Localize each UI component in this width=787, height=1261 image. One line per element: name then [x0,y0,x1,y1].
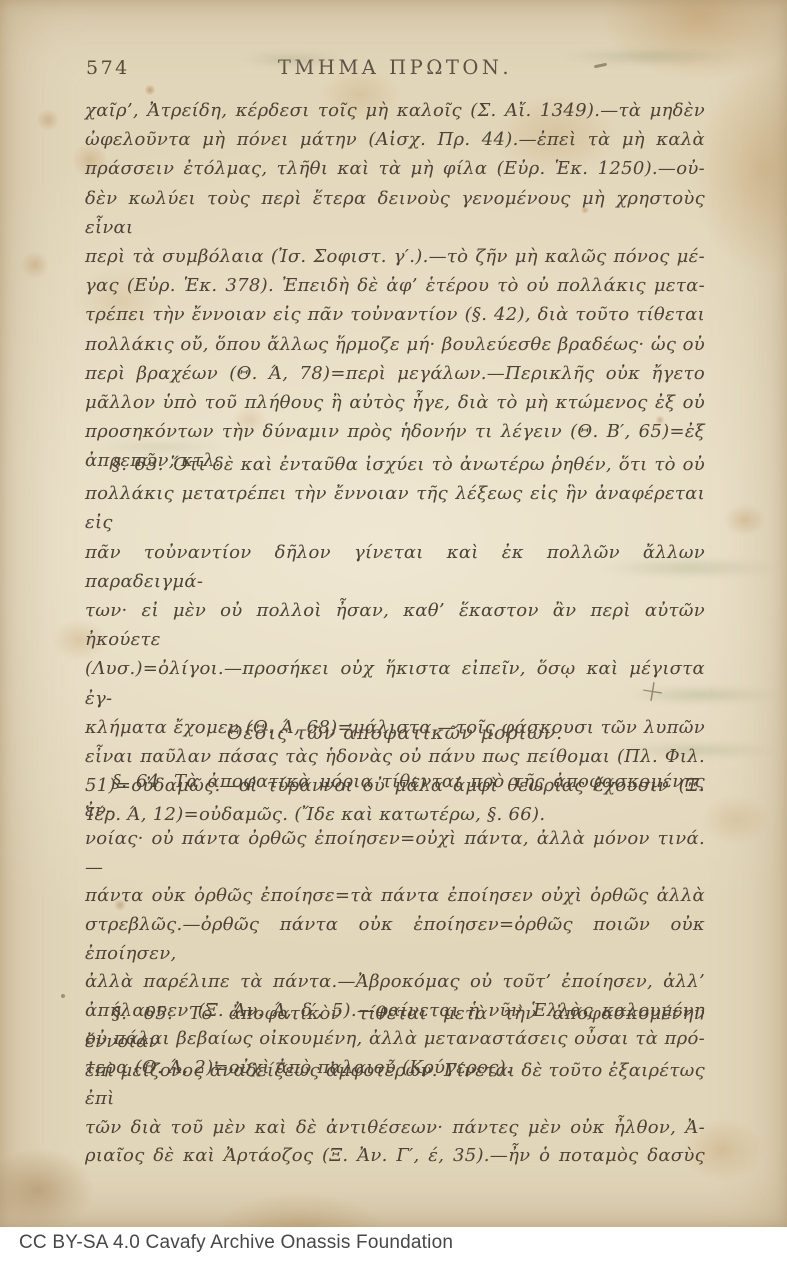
scanned-page: 574 ΤΜΗΜΑ ΠΡΩΤΟΝ. χαῖρ’, Ἀτρείδη, κέρδεσ… [0,0,787,1227]
text-line: περὶ βραχέων (Θ. Ά, 78)=περὶ μεγάλων.—Πε… [85,359,705,388]
text-line: πᾶν τοὐναντίον δῆλον γίνεται καὶ ἐκ πολλ… [85,538,705,596]
section-heading: Θέσις τῶν ἀποφατικῶν μορίων. [85,722,705,744]
text-line: ἀλλὰ παρέλιπε τὰ πάντα.—Ἀβροκόμας οὐ τοῦ… [85,968,705,997]
text-line: πολλάκις οὔ, ὅπου ἄλλως ἥρμοζε μή· βουλε… [85,330,705,359]
running-header: ΤΜΗΜΑ ΠΡΩΤΟΝ. [85,56,705,79]
text-line: προσηκόντων τὴν δύναμιν πρὸς ἡδονήν τι λ… [85,417,705,446]
text-line: §. 65. Τὸ ἀποφατικὸν τίθεται μετὰ τὴν ἀπ… [85,1000,705,1057]
text-line: ὠφελοῦντα μὴ πόνει μάτην (Αἰσχ. Πρ. 44).… [85,125,705,154]
text-line: γας (Εὐρ. Ἑκ. 378). Ἐπειδὴ δὲ ἀφ’ ἑτέρου… [85,271,705,300]
text-line: §. 63. Ὅτι δὲ καὶ ἐνταῦθα ἰσχύει τὸ ἀνωτ… [85,450,705,479]
text-line: εἶναι παῦλαν πάσας τὰς ἡδονὰς οὐ πάνυ πω… [85,742,705,771]
text-line: στρεβλῶς.—ὀρθῶς πάντα οὐκ ἐποίησεν=ὀρθῶς… [85,911,705,968]
text-line: (Λυσ.)=ὀλίγοι.—προσήκει οὐχ ἥκιστα εἰπεῖ… [85,654,705,712]
paragraph-section-65: §. 65. Τὸ ἀποφατικὸν τίθεται μετὰ τὴν ἀπ… [85,1000,705,1170]
text-line: μᾶλλον ὑπὸ τοῦ πλήθους ἢ αὐτὸς ἦγε, διὰ … [85,388,705,417]
text-line: πράσσειν ἐτόλμας, τλῆθι καὶ τὰ μὴ φίλα (… [85,154,705,183]
text-line: δὲν κωλύει τοὺς περὶ ἕτερα δεινοὺς γενομ… [85,184,705,242]
text-line: νοίας· οὐ πάντα ὀρθῶς ἐποίησεν=οὐχὶ πάντ… [85,825,705,882]
text-line: πολλάκις μετατρέπει τὴν ἔννοιαν τῆς λέξε… [85,479,705,537]
text-line: τῶν διὰ τοῦ μὲν καὶ δὲ ἀντιθέσεων· πάντε… [85,1114,705,1142]
license-text: CC BY-SA 4.0 Cavafy Archive Onassis Foun… [19,1232,453,1254]
paragraph-continuation: χαῖρ’, Ἀτρείδη, κέρδεσι τοῖς μὴ καλοῖς (… [85,96,705,476]
text-line: ριαῖος δὲ καὶ Ἀρτάοζος (Ξ. Ἀν. Γ′, έ, 35… [85,1142,705,1170]
handwritten-dot-mark [61,994,65,998]
text-line: τρέπει τὴν ἔννοιαν εἰς πᾶν τοὐναντίον (§… [85,300,705,329]
text-line: πάντα οὐκ ὀρθῶς ἐποίησε=τὰ πάντα ἐποίησε… [85,882,705,911]
text-line: των· εἰ μὲν οὐ πολλοὶ ἦσαν, καθ’ ἕκαστον… [85,596,705,654]
text-line: ἐπὶ μείζονος ἀναδείξεως ἀμφοτέρων. Γίνετ… [85,1057,705,1114]
text-line: περὶ τὰ συμβόλαια (Ἰσ. Σοφιστ. γ′.).—τὸ … [85,242,705,271]
text-line: §. 64. Τὰ ἀποφατικὰ μόρια τίθενται πρὸ τ… [85,768,705,825]
license-footer: CC BY-SA 4.0 Cavafy Archive Onassis Foun… [0,1227,787,1261]
text-line: χαῖρ’, Ἀτρείδη, κέρδεσι τοῖς μὴ καλοῖς (… [85,96,705,125]
